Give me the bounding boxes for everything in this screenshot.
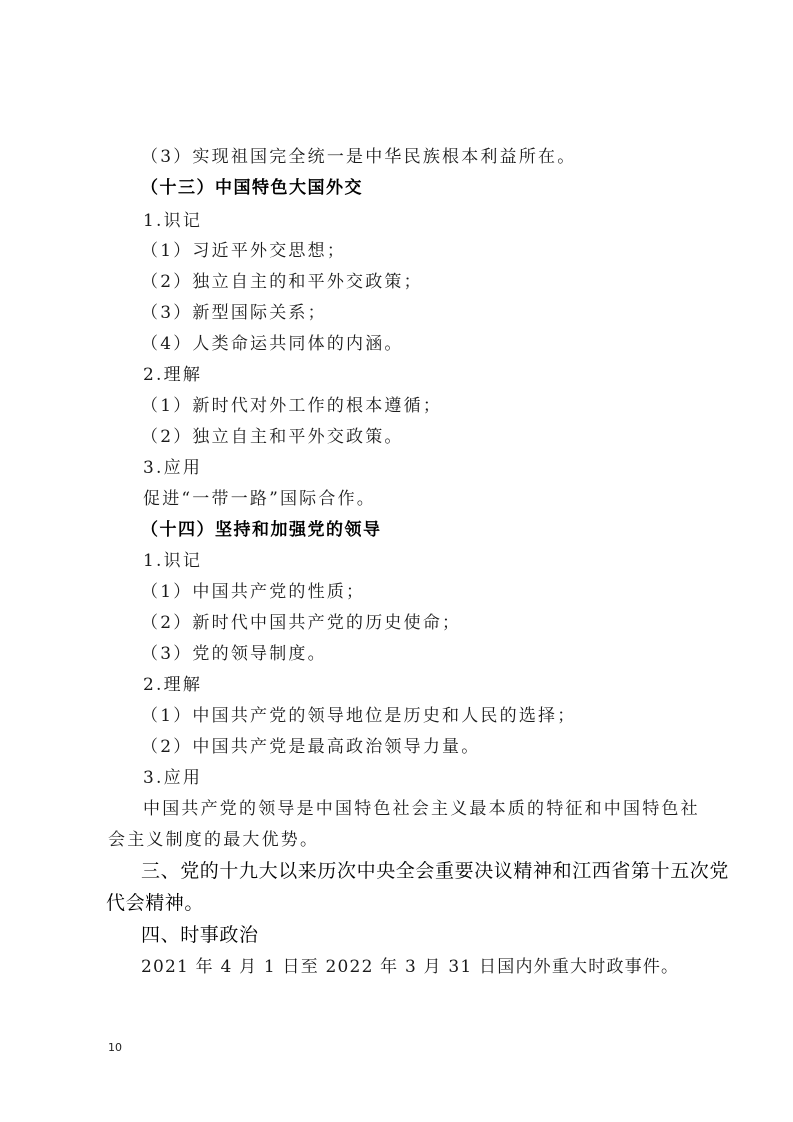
major-heading: 四、时事政治 — [141, 924, 259, 946]
major-heading: 代会精神。 — [106, 892, 204, 914]
list-item: （3）实现祖国完全统一是中华民族根本利益所在。 — [141, 146, 576, 168]
list-item: （4）人类命运共同体的内涵。 — [141, 333, 404, 355]
body-text: 中国共产党的领导是中国特色社会主义最本质的特征和中国特色社 — [143, 798, 700, 820]
major-heading: 三、党的十九大以来历次中央全会重要决议精神和江西省第十五次党 — [141, 860, 729, 882]
list-item: （1）中国共产党的性质； — [141, 581, 365, 603]
list-item: （1）新时代对外工作的根本遵循； — [141, 395, 442, 417]
body-text: 会主义制度的最大优势。 — [108, 829, 319, 851]
list-item: （1）习近平外交思想； — [141, 240, 346, 262]
section-heading: （十三）中国特色大国外交 — [141, 177, 363, 199]
subsection-label: 2.理解 — [143, 674, 202, 696]
list-item: （2）中国共产党是最高政治领导力量。 — [141, 736, 480, 758]
subsection-label: 2.理解 — [143, 364, 202, 386]
subsection-label: 3.应用 — [143, 457, 202, 479]
page-number: 10 — [108, 1041, 122, 1054]
list-item: （3）党的领导制度。 — [141, 643, 327, 665]
list-item: （1）中国共产党的领导地位是历史和人民的选择； — [141, 705, 576, 727]
list-item: （2）独立自主的和平外交政策； — [141, 271, 423, 293]
subsection-label: 3.应用 — [143, 767, 202, 789]
list-item: （3）新型国际关系； — [141, 302, 327, 324]
section-heading: （十四）坚持和加强党的领导 — [141, 519, 382, 541]
subsection-label: 1.识记 — [143, 210, 202, 232]
document-page: （3）实现祖国完全统一是中华民族根本利益所在。 （十三）中国特色大国外交 1.识… — [0, 0, 793, 1122]
body-text: 促进“一带一路”国际合作。 — [143, 488, 376, 510]
subsection-label: 1.识记 — [143, 550, 202, 572]
list-item: （2）独立自主和平外交政策。 — [141, 426, 404, 448]
body-text: 2021 年 4 月 1 日至 2022 年 3 月 31 日国内外重大时政事件… — [141, 956, 679, 978]
list-item: （2）新时代中国共产党的历史使命； — [141, 612, 461, 634]
